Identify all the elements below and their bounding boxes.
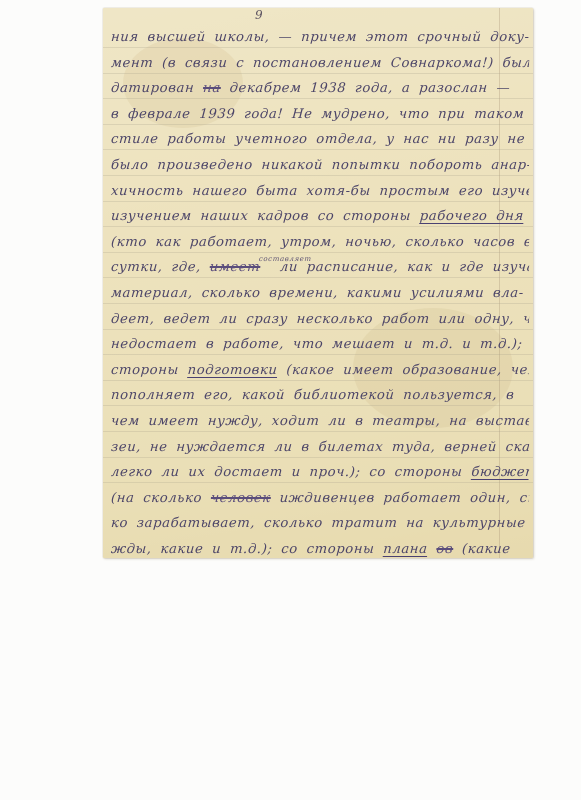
text-fragment: иждивенцев работает один, сколь- [279, 491, 530, 506]
text-fragment: ко зарабатывает, сколько тратит на культ… [110, 516, 529, 531]
text-line: (на сколько человек иждивенцев работает … [110, 486, 530, 511]
struck-word: ов [436, 542, 454, 557]
text-line: материал, сколько времени, какими усилия… [110, 281, 530, 306]
text-fragment: стороны [110, 363, 179, 378]
struck-word: человек [210, 491, 271, 506]
text-line: в феврале 1939 года! Не мудрено, что при… [110, 102, 530, 127]
text-line: ко зарабатывает, сколько тратит на культ… [110, 511, 530, 536]
struck-word: имеет [209, 260, 261, 275]
text-line: стиле работы учетного отдела, у нас ни р… [110, 127, 530, 152]
text-line: было произведено никакой попытки поборот… [110, 153, 530, 178]
text-fragment: декабрем 1938 года, а разослан — [229, 81, 511, 96]
text-line: зеи, не нуждается ли в билетах туда, вер… [110, 435, 530, 460]
text-line: изучением наших кадров со стороны рабоче… [110, 204, 530, 229]
text-fragment: (какое имеет образование, чем [286, 363, 530, 378]
text-line: легко ли их достает и проч.); со стороны… [110, 460, 530, 485]
underlined-phrase: рабочего дня [419, 209, 524, 224]
text-fragment: сутки, где, [110, 260, 201, 275]
text-line: хичность нашего быта хотя-бы простым его… [110, 179, 530, 204]
text-line: пополняет его, какой библиотекой пользуе… [110, 383, 530, 408]
text-line: сутки, где, имеетсоставляет ли расписани… [110, 255, 530, 280]
text-fragment: датирован [110, 81, 194, 96]
underlined-phrase: бюджета [471, 465, 530, 480]
text-line: недостает в работе, что мешает и т.д. и … [110, 332, 530, 357]
text-fragment: изучением наших кадров со стороны [110, 209, 411, 224]
text-line: жды, какие и т.д.); со стороны плана ов … [110, 537, 530, 558]
text-line: стороны подготовки (какое имеет образова… [110, 358, 530, 383]
interlinear-insertion: составляет [259, 255, 312, 263]
page-number: 9 [255, 8, 263, 22]
scanned-page-background: 9 ния высшей школы, — причем этот срочны… [0, 0, 581, 800]
text-fragment: (какие [461, 542, 511, 557]
text-line: мент (в связи с постановлением Совнарком… [110, 51, 530, 76]
underlined-phrase: подготовки [187, 363, 278, 378]
text-line: ния высшей школы, — причем этот срочный … [110, 25, 530, 50]
text-fragment: жды, какие и т.д.); со стороны [110, 542, 375, 557]
text-fragment: (на сколько [110, 491, 202, 506]
text-line: датирован на декабрем 1938 года, а разос… [110, 76, 530, 101]
handwritten-page: 9 ния высшей школы, — причем этот срочны… [103, 8, 533, 558]
text-line: (кто как работает, утром, ночью, сколько… [110, 230, 530, 255]
struck-word: на [203, 81, 222, 96]
text-fragment: легко ли их достает и проч.); со стороны [110, 465, 463, 480]
underlined-phrase: плана [383, 542, 428, 557]
text-fragment: ли расписание, как и где изучает [279, 260, 530, 275]
text-line: чем имеет нужду, ходит ли в театры, на в… [110, 409, 530, 434]
text-line: деет, ведет ли сразу несколько работ или… [110, 307, 530, 332]
